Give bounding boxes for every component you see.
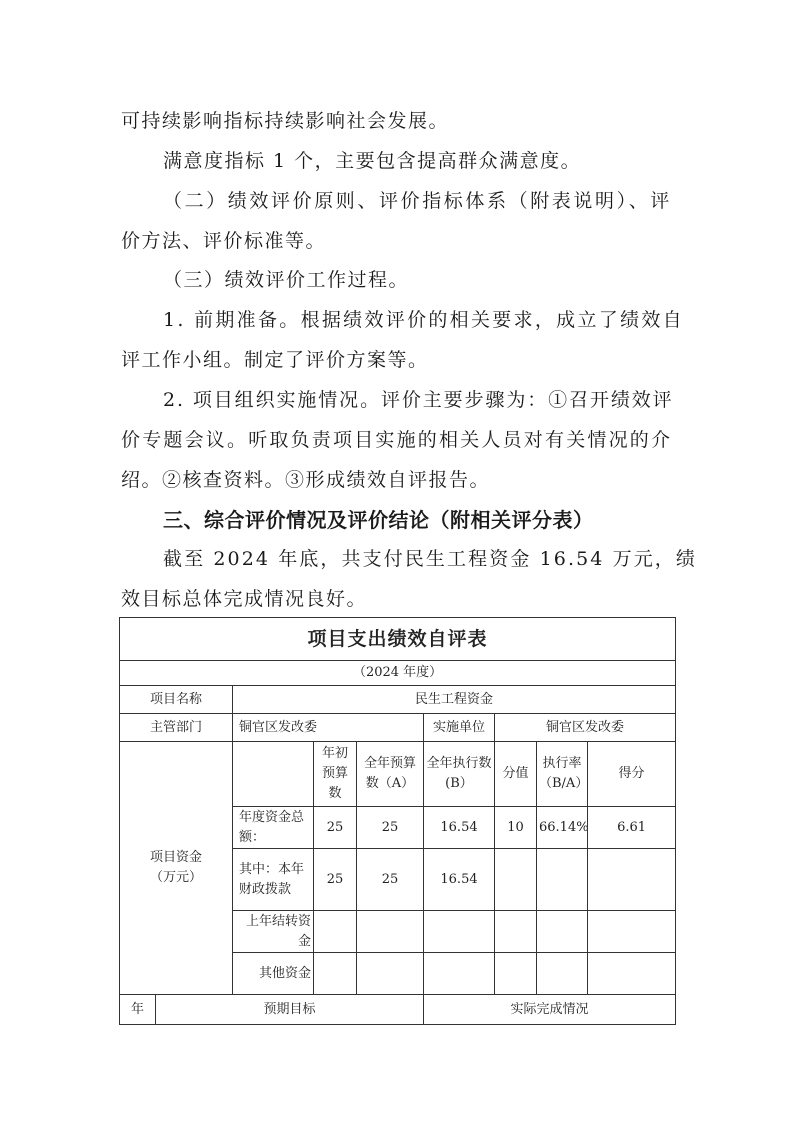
- paragraph: （二）绩效评价原则、评价指标体系（附表说明）、评: [163, 189, 672, 213]
- header-cell: 年初预算数: [314, 742, 357, 807]
- paragraph: 价专题会议。听取负责项目实施的相关人员对有关情况的介: [121, 428, 672, 452]
- cell-budget: [357, 911, 424, 953]
- cell-executed: [424, 911, 495, 953]
- cell-score-value: [495, 911, 537, 953]
- paragraph: 绍。②核查资料。③形成绩效自评报告。: [121, 468, 490, 492]
- cell-score: 6.61: [588, 807, 676, 849]
- paragraph: 评工作小组。制定了评价方案等。: [121, 348, 429, 372]
- cell-score-value: 10: [495, 807, 537, 849]
- header-cell: 执行率（B/A）: [537, 742, 588, 807]
- row-label: 上年结转资金: [233, 911, 314, 953]
- header-cell: 全年预算数（A）: [357, 742, 424, 807]
- cell-score-value: [495, 953, 537, 995]
- cell-budget: 25: [357, 849, 424, 911]
- actual-completion-label: 实际完成情况: [424, 995, 676, 1025]
- header-cell: [233, 742, 314, 807]
- cell-executed: [424, 953, 495, 995]
- row-label: 其中：本年财政拨款: [233, 849, 314, 911]
- cell-rate: 66.14%: [537, 807, 588, 849]
- paragraph: （三）绩效评价工作过程。: [163, 268, 409, 292]
- impl-label: 实施单位: [424, 714, 495, 742]
- funds-label: 项目资金 （万元）: [120, 742, 233, 995]
- cell-initial: [314, 911, 357, 953]
- funds-label-line1: 项目资金: [122, 848, 230, 868]
- paragraph: 1. 前期准备。根据绩效评价的相关要求，成立了绩效自: [163, 308, 684, 332]
- cell-initial: 25: [314, 807, 357, 849]
- expected-goal-label: 预期目标: [156, 995, 424, 1025]
- header-cell: 全年执行数(B）: [424, 742, 495, 807]
- cell-score: [588, 953, 676, 995]
- paragraph: 满意度指标 1 个，主要包含提高群众满意度。: [163, 149, 581, 173]
- cell-score: [588, 849, 676, 911]
- cell-executed: 16.54: [424, 849, 495, 911]
- paragraph: 2. 项目组织实施情况。评价主要步骤为：①召开绩效评: [163, 388, 674, 412]
- header-cell: 得分: [588, 742, 676, 807]
- dept-value: 铜官区发改委: [233, 714, 424, 742]
- table-year: （2024 年度）: [120, 661, 676, 686]
- cell-score: [588, 911, 676, 953]
- row-label: 年度资金总额：: [233, 807, 314, 849]
- header-cell: 分值: [495, 742, 537, 807]
- funds-label-line2: （万元）: [122, 868, 230, 888]
- paragraph: 效目标总体完成情况良好。: [121, 587, 367, 611]
- paragraph: 截至 2024 年底，共支付民生工程资金 16.54 万元，绩: [163, 547, 697, 571]
- paragraph: 可持续影响指标持续影响社会发展。: [121, 109, 449, 133]
- cell-rate: [537, 849, 588, 911]
- performance-table: 项目支出绩效自评表 （2024 年度） 项目名称 民生工程资金 主管部门 铜官区…: [119, 617, 676, 1025]
- section-heading: 三、综合评价情况及评价结论（附相关评分表）: [163, 508, 594, 532]
- cell-rate: [537, 953, 588, 995]
- goal-year-label: 年: [120, 995, 156, 1025]
- cell-executed: 16.54: [424, 807, 495, 849]
- cell-initial: 25: [314, 849, 357, 911]
- paragraph: 价方法、评价标准等。: [121, 229, 326, 253]
- cell-budget: [357, 953, 424, 995]
- table-title: 项目支出绩效自评表: [120, 618, 676, 661]
- cell-score-value: [495, 849, 537, 911]
- impl-value: 铜官区发改委: [495, 714, 676, 742]
- dept-label: 主管部门: [120, 714, 233, 742]
- cell-rate: [537, 911, 588, 953]
- row-label: 其他资金: [233, 953, 314, 995]
- project-name: 民生工程资金: [233, 686, 676, 714]
- project-name-label: 项目名称: [120, 686, 233, 714]
- cell-budget: 25: [357, 807, 424, 849]
- cell-initial: [314, 953, 357, 995]
